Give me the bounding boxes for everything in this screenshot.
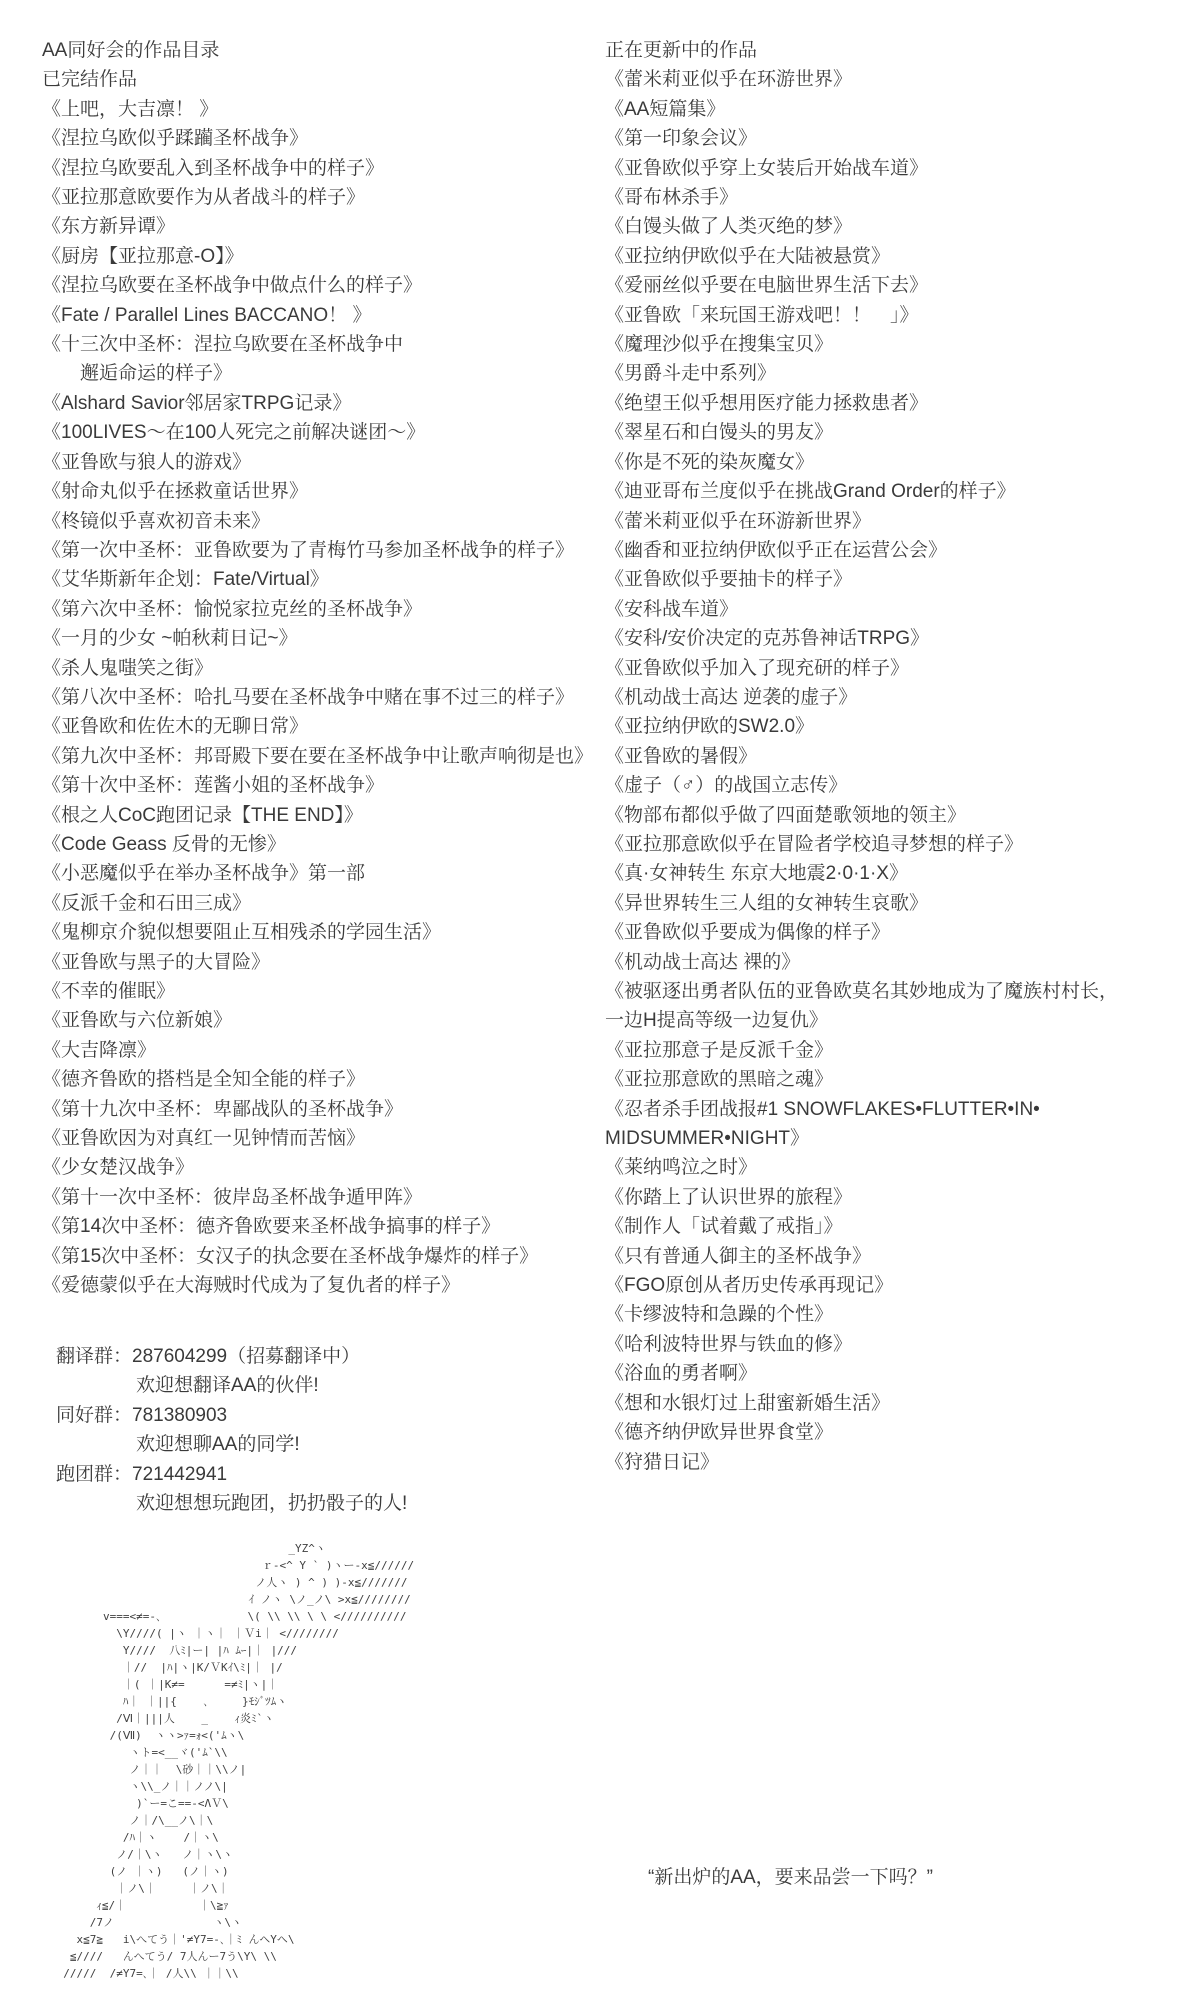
- work-title: MIDSUMMER•NIGHT》: [605, 1124, 1118, 1153]
- work-title: 《鬼柳京介貌似想要阻止互相残杀的学园生活》: [42, 918, 593, 947]
- qq-groups-section: 翻译群：287604299（招募翻译中） 欢迎想翻译AA的伙伴! 同好群：781…: [56, 1342, 407, 1518]
- work-title: 《狩猎日记》: [605, 1448, 1118, 1477]
- work-title: 《FGO原创从者历史传承再现记》: [605, 1271, 1118, 1300]
- qq-group-number: 781380903: [132, 1405, 227, 1426]
- qq-group-number: 287604299（招募翻译中）: [132, 1346, 360, 1367]
- qq-group-number: 721442941: [132, 1464, 227, 1485]
- work-title: 《艾华斯新年企划：Fate/Virtual》: [42, 565, 593, 594]
- work-title: 一边H提高等级一边复仇》: [605, 1006, 1118, 1035]
- work-title: 《蕾米莉亚似乎在环游世界》: [605, 65, 1118, 94]
- ascii-art-line: ｲ ノヽ \ノ_ノ\ >x≦////////: [50, 1591, 414, 1608]
- work-title: 《亚鲁欧似乎加入了现充研的样子》: [605, 654, 1118, 683]
- work-title: 《AA短篇集》: [605, 95, 1118, 124]
- work-title: 《涅拉乌欧要乱入到圣杯战争中的样子》: [42, 154, 593, 183]
- work-title: 《机动战士高达 逆袭的虚子》: [605, 683, 1118, 712]
- work-title: 《十三次中圣杯：涅拉乌欧要在圣杯战争中: [42, 330, 593, 359]
- work-title: 《机动战士高达 裸的》: [605, 948, 1118, 977]
- ascii-art-line: ≦//// んへてう/ 7人んー7う\Y\ \\: [50, 1948, 414, 1965]
- work-title: 《亚鲁欧因为对真红一见钟情而苦恼》: [42, 1124, 593, 1153]
- work-title: 《第一印象会议》: [605, 124, 1118, 153]
- ascii-art-line: ﾊ｜ ｜||{ ､ }ﾓｼﾞﾂﾑヽ: [50, 1693, 414, 1710]
- work-title: 《反派千金和石田三成》: [42, 889, 593, 918]
- ascii-art-line: ｨ≦/｜ ｜\≧ｧ: [50, 1897, 414, 1914]
- work-title: 《亚鲁欧和佐佐木的无聊日常》: [42, 712, 593, 741]
- work-title: 《虚子（♂）的战国立志传》: [605, 771, 1118, 800]
- work-title: 《亚鲁欧似乎穿上女装后开始战车道》: [605, 154, 1118, 183]
- work-title: 《德齐纳伊欧异世界食堂》: [605, 1418, 1118, 1447]
- ascii-art-line: ヽト=<__ヾ('ﾑ`\\: [50, 1744, 414, 1761]
- work-title: 《魔理沙似乎在搜集宝贝》: [605, 330, 1118, 359]
- work-title: 《亚鲁欧与六位新娘》: [42, 1006, 593, 1035]
- work-title: 《第十九次中圣杯：卑鄙战队的圣杯战争》: [42, 1095, 593, 1124]
- work-title: 《亚鲁欧「来玩国王游戏吧！！ 」》: [605, 301, 1118, 330]
- work-title: 《第15次中圣杯：女汉子的执念要在圣杯战争爆炸的样子》: [42, 1242, 593, 1271]
- work-title: 《亚鲁欧与狼人的游戏》: [42, 448, 593, 477]
- work-title: 《100LIVES～在100人死完之前解决谜团～》: [42, 418, 593, 447]
- work-title: 《物部布都似乎做了四面楚歌领地的领主》: [605, 801, 1118, 830]
- work-title: 《亚拉那意子是反派千金》: [605, 1036, 1118, 1065]
- ascii-art-line: ノ/｜\ヽ ノ｜ヽ\ヽ: [50, 1846, 414, 1863]
- qq-group-line: 翻译群：287604299（招募翻译中）: [56, 1342, 407, 1371]
- work-title: 《制作人「试着戴了戒指」》: [605, 1212, 1118, 1241]
- ascii-art-line: ｒ-<^ Y ` )ヽー-x≦//////: [50, 1557, 414, 1574]
- ascii-art-line: /(Ⅶ) ヽヽ>ｧ=ｫ<('ﾑヽ\: [50, 1727, 414, 1744]
- work-title: 《亚拉那意欧似乎在冒险者学校追寻梦想的样子》: [605, 830, 1118, 859]
- ascii-art-line: )`ー=こ==-<ΛＶ\: [50, 1795, 414, 1812]
- work-title: 《第14次中圣杯：德齐鲁欧要来圣杯战争搞事的样子》: [42, 1212, 593, 1241]
- ascii-art-line: /7ノ ヽ\ヽ: [50, 1914, 414, 1931]
- work-title: 《想和水银灯过上甜蜜新婚生活》: [605, 1389, 1118, 1418]
- ascii-art-line: _YZ^ヽ: [50, 1540, 414, 1557]
- work-title: 《哈利波特世界与铁血的修》: [605, 1330, 1118, 1359]
- updating-works-heading: 正在更新中的作品: [605, 36, 1118, 65]
- ascii-art-line: ヽ\\_ノ｜｜ノノ\|: [50, 1778, 414, 1795]
- work-title: 《小恶魔似乎在举办圣杯战争》第一部: [42, 859, 593, 888]
- catalog-title: AA同好会的作品目录: [42, 36, 593, 65]
- updating-works-column: 正在更新中的作品 《蕾米莉亚似乎在环游世界》《AA短篇集》《第一印象会议》《亚鲁…: [605, 36, 1118, 1477]
- work-title: 《卡缪波特和急躁的个性》: [605, 1300, 1118, 1329]
- ascii-art-line: \Y////( |ヽ ｜ヽ｜ ｜Ｖi｜ <////////: [50, 1625, 414, 1642]
- work-title: 《涅拉乌欧似乎蹂躏圣杯战争》: [42, 124, 593, 153]
- work-title: 《亚鲁欧似乎要成为偶像的样子》: [605, 918, 1118, 947]
- qq-group-label: 同好群：: [56, 1405, 132, 1426]
- work-title: 《一月的少女 ~帕秋莉日记~》: [42, 624, 593, 653]
- work-title: 《不幸的催眠》: [42, 977, 593, 1006]
- ascii-art-line: v===<≠=-､ \( \\ \\ \ \ <//////////: [50, 1608, 414, 1625]
- ascii-art-line: ｜( ｜|K≠= =≠ﾐ|ヽ|｜: [50, 1676, 414, 1693]
- work-title: 《Code Geass 反骨的无惨》: [42, 830, 593, 859]
- work-title: 《第十一次中圣杯：彼岸岛圣杯战争遁甲阵》: [42, 1183, 593, 1212]
- work-title: 《绝望王似乎想用医疗能力拯救患者》: [605, 389, 1118, 418]
- qq-group-note: 欢迎想想玩跑团，扔扔骰子的人!: [56, 1489, 407, 1518]
- work-title: 《被驱逐出勇者队伍的亚鲁欧莫名其妙地成为了魔族村村长，: [605, 977, 1118, 1006]
- ascii-art-line: ノ｜｜ \砂｜｜\\ノ|: [50, 1761, 414, 1778]
- ascii-art-line: /Ⅵ｜|||人 _ ｨ炎ﾐ`ヽ: [50, 1710, 414, 1727]
- work-title: 《异世界转生三人组的女神转生哀歌》: [605, 889, 1118, 918]
- speech-quote: “新出炉的AA，要来品尝一下吗？”: [648, 1862, 933, 1889]
- work-title: 《第一次中圣杯：亚鲁欧要为了青梅竹马参加圣杯战争的样子》: [42, 536, 593, 565]
- work-title: 《东方新异谭》: [42, 212, 593, 241]
- work-title: 《杀人鬼嗤笑之街》: [42, 654, 593, 683]
- work-title: 《第六次中圣杯：愉悦家拉克丝的圣杯战争》: [42, 595, 593, 624]
- work-title: 《你踏上了认识世界的旅程》: [605, 1183, 1118, 1212]
- work-title: 《翠星石和白馒头的男友》: [605, 418, 1118, 447]
- ascii-art-line: ｜ノ\｜ ｜ノ\｜: [50, 1880, 414, 1897]
- qq-group: 跑团群：721442941 欢迎想想玩跑团，扔扔骰子的人!: [56, 1460, 407, 1519]
- completed-works-column: AA同好会的作品目录 已完结作品 《上吧，大吉凛！ 》《涅拉乌欧似乎蹂躏圣杯战争…: [42, 36, 593, 1300]
- ascii-art-line: Y//// 八ﾐ|ー| |ﾊ ﾑｰ|｜ |///: [50, 1642, 414, 1659]
- work-title: 《哥布林杀手》: [605, 183, 1118, 212]
- work-title: 《幽香和亚拉纳伊欧似乎正在运营公会》: [605, 536, 1118, 565]
- work-title: 《第八次中圣杯：哈扎马要在圣杯战争中赌在事不过三的样子》: [42, 683, 593, 712]
- ascii-art-character: _YZ^ヽ ｒ-<^ Y ` )ヽー-x≦////// ノ人ヽ ) ^ ) )-…: [50, 1540, 414, 1982]
- work-title: 《德齐鲁欧的搭档是全知全能的样子》: [42, 1065, 593, 1094]
- work-title: 《涅拉乌欧要在圣杯战争中做点什么的样子》: [42, 271, 593, 300]
- work-title: 《上吧，大吉凛！ 》: [42, 95, 593, 124]
- work-title: 《亚鲁欧的暑假》: [605, 742, 1118, 771]
- ascii-art-line: x≦7≧ i\へてう｜'≠Y7=-､｜ﾐ んヘYヘ\: [50, 1931, 414, 1948]
- work-title: 《蕾米莉亚似乎在环游新世界》: [605, 507, 1118, 536]
- completed-works-list: 《上吧，大吉凛！ 》《涅拉乌欧似乎蹂躏圣杯战争》《涅拉乌欧要乱入到圣杯战争中的样…: [42, 95, 593, 1301]
- qq-group-label: 跑团群：: [56, 1464, 132, 1485]
- qq-group: 翻译群：287604299（招募翻译中） 欢迎想翻译AA的伙伴!: [56, 1342, 407, 1401]
- work-title: 《浴血的勇者啊》: [605, 1359, 1118, 1388]
- work-title: 《莱纳鸣泣之时》: [605, 1153, 1118, 1182]
- qq-group: 同好群：781380903 欢迎想聊AA的同学!: [56, 1401, 407, 1460]
- work-title: 《亚拉纳伊欧似乎在大陆被悬赏》: [605, 242, 1118, 271]
- work-title: 《少女楚汉战争》: [42, 1153, 593, 1182]
- ascii-art-line: (ノ ｜ヽ) (ノ｜ヽ): [50, 1863, 414, 1880]
- work-title: 《安科/安价决定的克苏鲁神话TRPG》: [605, 624, 1118, 653]
- work-title: 《根之人CoC跑团记录【THE END】》: [42, 801, 593, 830]
- work-title: 《只有普通人御主的圣杯战争》: [605, 1242, 1118, 1271]
- completed-works-heading: 已完结作品: [42, 65, 593, 94]
- work-title: 邂逅命运的样子》: [42, 359, 593, 388]
- work-title: 《亚鲁欧似乎要抽卡的样子》: [605, 565, 1118, 594]
- document-page: { "page": { "background_color": "#ffffff…: [0, 0, 1202, 2000]
- qq-group-note: 欢迎想聊AA的同学!: [56, 1430, 407, 1459]
- work-title: 《亚鲁欧与黑子的大冒险》: [42, 948, 593, 977]
- work-title: 《爱德蒙似乎在大海贼时代成为了复仇者的样子》: [42, 1271, 593, 1300]
- work-title: 《射命丸似乎在拯救童话世界》: [42, 477, 593, 506]
- work-title: 《亚拉那意欧的黑暗之魂》: [605, 1065, 1118, 1094]
- ascii-art-line: ノ人ヽ ) ^ ) )-x≦///////: [50, 1574, 414, 1591]
- ascii-art-line: ///// /≠Y7=､｜ /人\\ ｜｜\\: [50, 1965, 414, 1982]
- work-title: 《白馒头做了人类灭绝的梦》: [605, 212, 1118, 241]
- qq-group-line: 跑团群：721442941: [56, 1460, 407, 1489]
- work-title: 《安科战车道》: [605, 595, 1118, 624]
- work-title: 《你是不死的染灰魔女》: [605, 448, 1118, 477]
- work-title: 《第九次中圣杯：邦哥殿下要在要在圣杯战争中让歌声响彻是也》: [42, 742, 593, 771]
- work-title: 《Alshard Savior邻居家TRPG记录》: [42, 389, 593, 418]
- work-title: 《大吉降凛》: [42, 1036, 593, 1065]
- ascii-art-line: ｜// |ﾊ|ヽ|K/ＶKｲ\ﾐ|｜ |/: [50, 1659, 414, 1676]
- work-title: 《柊镜似乎喜欢初音未来》: [42, 507, 593, 536]
- work-title: 《亚拉纳伊欧的SW2.0》: [605, 712, 1118, 741]
- qq-group-note: 欢迎想翻译AA的伙伴!: [56, 1371, 407, 1400]
- work-title: 《忍者杀手团战报#1 SNOWFLAKES•FLUTTER•IN•: [605, 1095, 1118, 1124]
- work-title: 《男爵斗走中系列》: [605, 359, 1118, 388]
- ascii-art-line: ノ｜/\__ノ\｜\: [50, 1812, 414, 1829]
- work-title: 《亚拉那意欧要作为从者战斗的样子》: [42, 183, 593, 212]
- qq-group-line: 同好群：781380903: [56, 1401, 407, 1430]
- work-title: 《Fate / Parallel Lines BACCANO！ 》: [42, 301, 593, 330]
- ascii-art-line: /ﾊ｜ヽ /｜ヽ\: [50, 1829, 414, 1846]
- qq-group-label: 翻译群：: [56, 1346, 132, 1367]
- work-title: 《迪亚哥布兰度似乎在挑战Grand Order的样子》: [605, 477, 1118, 506]
- work-title: 《厨房【亚拉那意-O】》: [42, 242, 593, 271]
- work-title: 《真·女神转生 东京大地震2·0·1·X》: [605, 859, 1118, 888]
- work-title: 《第十次中圣杯：莲酱小姐的圣杯战争》: [42, 771, 593, 800]
- work-title: 《爱丽丝似乎要在电脑世界生活下去》: [605, 271, 1118, 300]
- updating-works-list: 《蕾米莉亚似乎在环游世界》《AA短篇集》《第一印象会议》《亚鲁欧似乎穿上女装后开…: [605, 65, 1118, 1477]
